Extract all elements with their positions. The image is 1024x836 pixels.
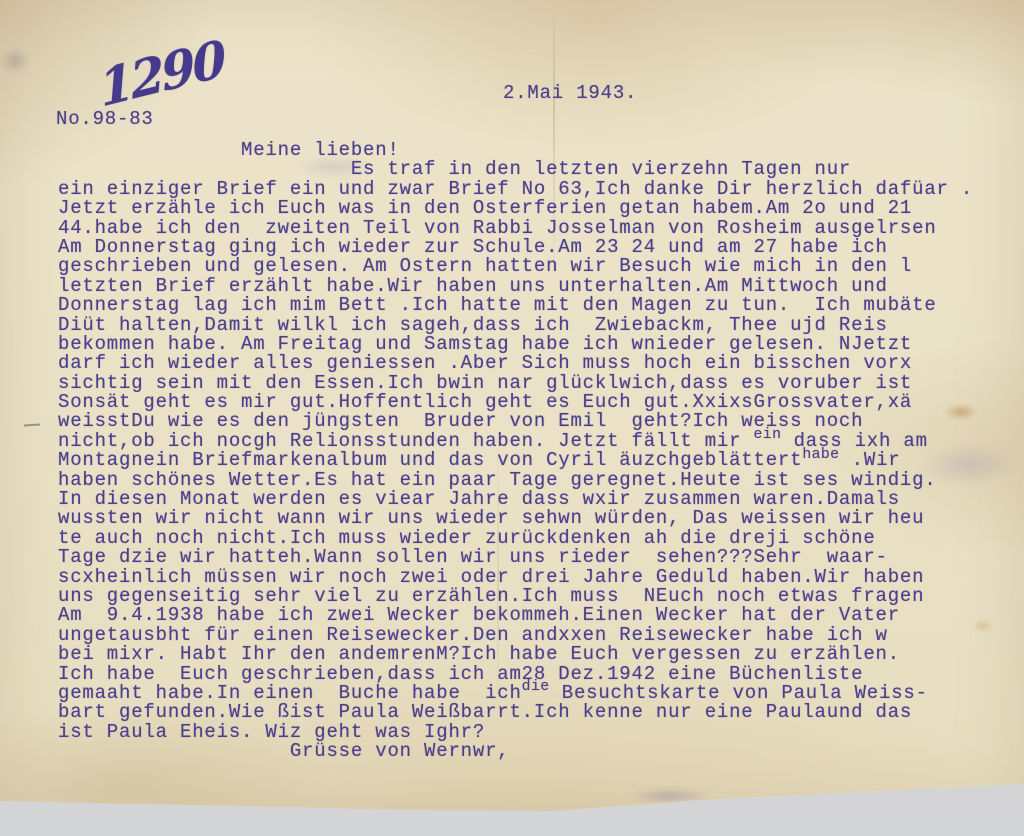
interlinear-insertion: habe xyxy=(802,447,839,463)
letter-line: Jetzt erzähle ich Euch was in den Osterf… xyxy=(58,199,1018,218)
scan-background: 1290 No.98-83 2.Mai 1943. Meine lieben! … xyxy=(0,0,1024,836)
body-lines: Es traf in den letzten vierzehn Tagen nu… xyxy=(58,160,1018,742)
handwritten-number: 1290 xyxy=(97,28,227,118)
closing-line: Grüsse von Wernwr, xyxy=(58,742,1018,761)
letter-line: geschrieben und gelesen. Am Ostern hatte… xyxy=(58,257,1018,276)
letter-body: Meine lieben! Es traf in den letzten vie… xyxy=(58,141,1018,762)
pencil-mark xyxy=(24,423,40,426)
letter-line: Es traf in den letzten vierzehn Tagen nu… xyxy=(58,160,1018,179)
letter-date: 2.Mai 1943. xyxy=(503,82,637,104)
pencil-smudge xyxy=(0,48,30,74)
ink-smudge xyxy=(630,788,710,804)
letter-line: wussten wir nicht wann wir uns wieder se… xyxy=(58,509,1018,528)
letter-line: weisstDu wie es den jüngsten Bruder von … xyxy=(58,412,1018,431)
letter-line: Tage dzie wir hatteh.Wann sollen wir uns… xyxy=(58,548,1018,567)
letter-line: bei mixr. Habt Ihr den andemrenM?Ich hab… xyxy=(58,645,1018,664)
reference-number: No.98-83 xyxy=(56,108,154,130)
letter-line: Diüt halten,Damit wilkl ich sageh,dass i… xyxy=(58,316,1018,335)
letter-line: darf ich wieder alles geniessen .Aber Si… xyxy=(58,354,1018,373)
interlinear-insertion: ein xyxy=(754,427,782,443)
letter-page: 1290 No.98-83 2.Mai 1943. Meine lieben! … xyxy=(0,0,1024,816)
letter-line: Am 9.4.1938 habe ich zwei Wecker bekomme… xyxy=(58,606,1018,625)
letter-line: bart gefunden.Wie ßist Paula Weißbarrt.I… xyxy=(58,703,1018,722)
interlinear-insertion: die xyxy=(522,679,550,695)
letter-line: Montagnein Briefmarkenalbum und das von … xyxy=(58,451,1018,470)
letter-line: Donnerstag lag ich mim Bett .Ich hatte m… xyxy=(58,296,1018,315)
